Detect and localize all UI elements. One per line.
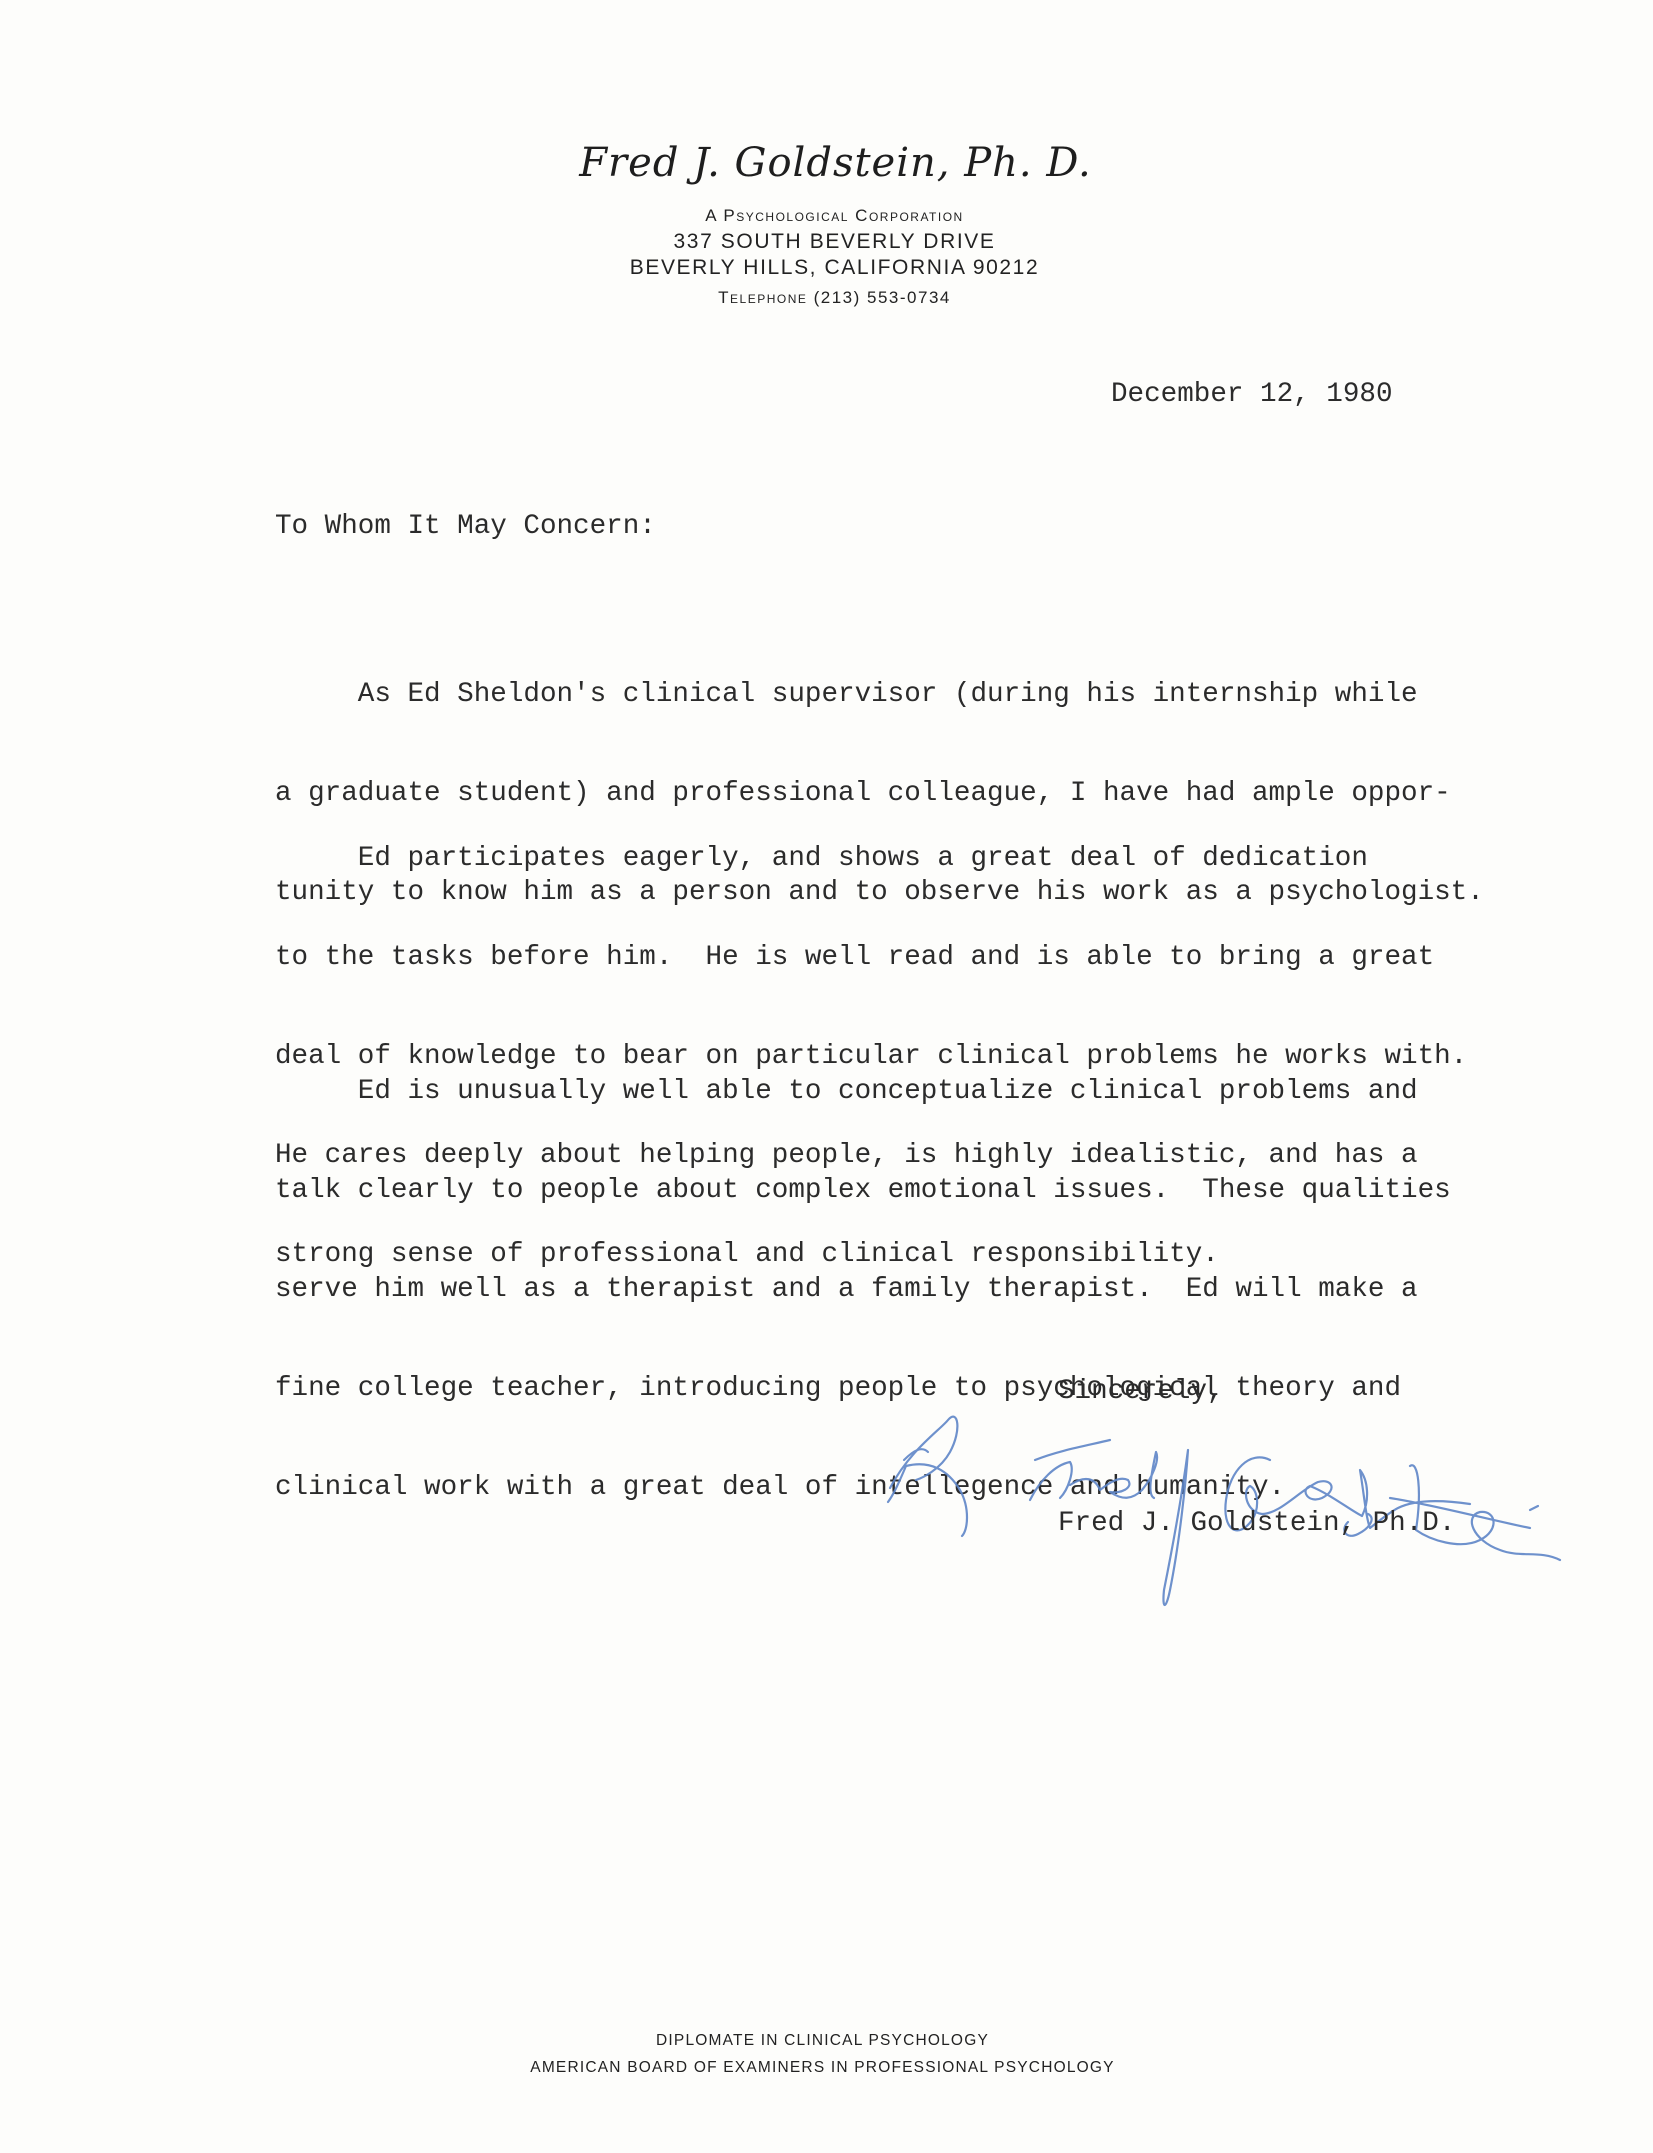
paragraph-line: As Ed Sheldon's clinical supervisor (dur… [275, 678, 1484, 711]
handwritten-signature-icon [870, 1390, 1653, 1620]
letter-date: December 12, 1980 [1111, 378, 1393, 411]
letter-greeting: To Whom It May Concern: [275, 510, 656, 543]
paragraph-line: to the tasks before him. He is well read… [275, 941, 1467, 974]
letterhead-name: Fred J. Goldstein, Ph. D. [9, 140, 1653, 186]
footer-board: AMERICAN BOARD OF EXAMINERS IN PROFESSIO… [0, 2059, 1649, 2077]
footer-diplomate: DIPLOMATE IN CLINICAL PSYCHOLOGY [0, 2032, 1649, 2050]
paragraph-line: Ed participates eagerly, and shows a gre… [275, 842, 1467, 875]
paragraph-line: serve him well as a therapist and a fami… [275, 1273, 1451, 1306]
letterhead-city: BEVERLY HILLS, CALIFORNIA 90212 [8, 256, 1653, 280]
paragraph-line: talk clearly to people about complex emo… [275, 1174, 1451, 1207]
letterhead-address: 337 SOUTH BEVERLY DRIVE [8, 230, 1653, 254]
letterhead-corporation: A Psychological Corporation [8, 206, 1653, 226]
paragraph-line: Ed is unusually well able to conceptuali… [275, 1075, 1451, 1108]
letter-signer-name: Fred J. Goldstein, Ph.D. [1058, 1507, 1455, 1540]
letterhead-telephone: Telephone (213) 553-0734 [8, 288, 1653, 308]
